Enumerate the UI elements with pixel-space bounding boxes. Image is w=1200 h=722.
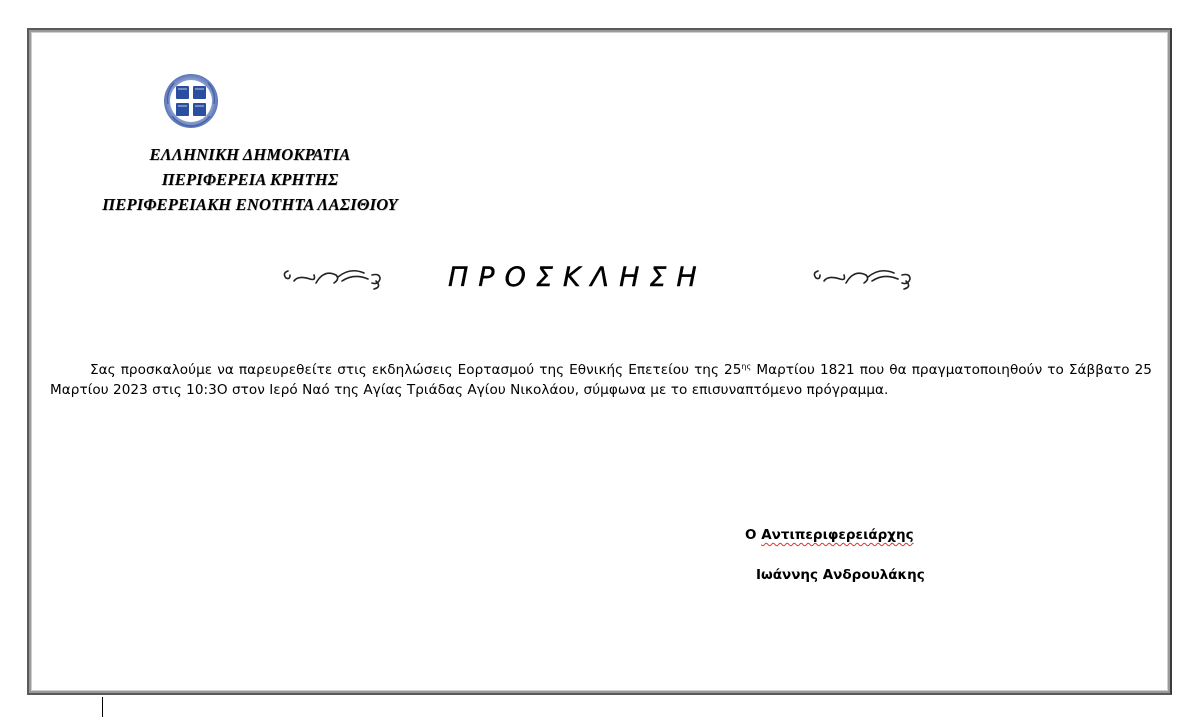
text-cursor xyxy=(102,697,103,717)
decorative-flourish-icon xyxy=(810,263,918,293)
issuer-header: ΕΛΛΗΝΙΚΗ ΔΗΜΟΚΡΑΤΙΑ ΠΕΡΙΦΕΡΕΙΑ ΚΡΗΤΗΣ ΠΕ… xyxy=(40,142,460,217)
invitation-paragraph: Σας προσκαλούμε να παρευρεθείτε στις εκδ… xyxy=(50,360,1152,401)
signatory-title: Ο Αντιπεριφερειάρχης xyxy=(745,527,914,543)
signatory-article: Ο xyxy=(745,527,756,543)
signature-block: Ο Αντιπεριφερειάρχης Ιωάννης Ανδρουλάκης xyxy=(745,527,914,543)
signatory-role: Αντιπεριφερειάρχης xyxy=(761,527,913,543)
document-title: ΠΡΟΣΚΛΗΣΗ xyxy=(448,262,707,293)
decorative-flourish-icon xyxy=(280,263,388,293)
ordinal-superscript: ης xyxy=(741,362,751,371)
header-line-region: ΠΕΡΙΦΕΡΕΙΑ ΚΡΗΤΗΣ xyxy=(40,167,460,192)
greek-coat-of-arms-icon xyxy=(162,72,220,130)
header-line-republic: ΕΛΛΗΝΙΚΗ ΔΗΜΟΚΡΑΤΙΑ xyxy=(40,142,460,167)
title-row: ΠΡΟΣΚΛΗΣΗ xyxy=(280,258,940,304)
header-line-regional-unit: ΠΕΡΙΦΕΡΕΙΑΚΗ ΕΝΟΤΗΤΑ ΛΑΣΙΘΙΟΥ xyxy=(40,192,460,217)
signatory-name: Ιωάννης Ανδρουλάκης xyxy=(756,567,925,583)
paragraph-text-part1: Σας προσκαλούμε να παρευρεθείτε στις εκδ… xyxy=(90,362,741,378)
